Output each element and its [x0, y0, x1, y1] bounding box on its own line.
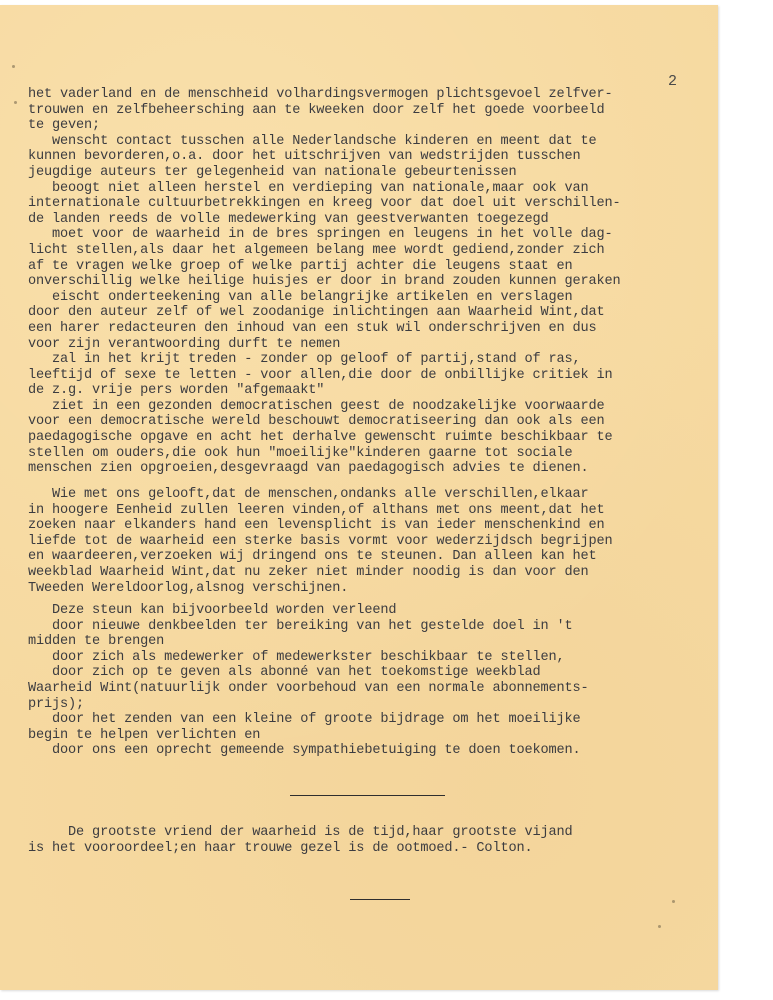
text-line: internationale cultuurbetrekkingen en kr… [28, 196, 703, 212]
text-line: door den auteur zelf of wel zoodanige in… [28, 305, 703, 321]
text-line: door nieuwe denkbeelden ter bereiking va… [28, 619, 703, 635]
text-line: Waarheid Wint(natuurlijk onder voorbehou… [28, 681, 703, 697]
text-line: midden te brengen [28, 634, 703, 650]
text-line: een harer redacteuren den inhoud van een… [28, 321, 703, 337]
text-line: jeugdige auteurs ter gelegenheid van nat… [28, 165, 703, 181]
quote-line: is het vooroordeel;en haar trouwe gezel … [28, 841, 703, 857]
text-line: het vaderland en de menschheid volhardin… [28, 87, 703, 103]
appeal-paragraph: Wie met ons gelooft,dat de menschen,onda… [28, 487, 703, 596]
text-line: af te vragen welke groep of welke partij… [28, 259, 703, 275]
text-line: paedagogische opgave en acht het derhalv… [28, 430, 703, 446]
text-line: zoeken naar elkanders hand een levenspli… [28, 518, 703, 534]
text-line: prijs); [28, 697, 703, 713]
text-line: Deze steun kan bijvoorbeeld worden verle… [28, 603, 703, 619]
text-line: liefde tot de waarheid een sterke basis … [28, 534, 703, 550]
text-line: Wie met ons gelooft,dat de menschen,onda… [28, 487, 703, 503]
support-options-paragraph: Deze steun kan bijvoorbeeld worden verle… [28, 603, 703, 759]
text-line: en waardeeren,verzoeken wij dringend ons… [28, 549, 703, 565]
text-line: voor zijn verantwoording durft te nemen [28, 337, 703, 353]
paper-speck [672, 900, 675, 903]
text-line: menschen zien opgroeien,desgevraagd van … [28, 461, 703, 477]
text-line: leeftijd of sexe te letten - voor allen,… [28, 368, 703, 384]
text-line: weekblad Waarheid Wint,dat nu zeker niet… [28, 565, 703, 581]
text-line: de landen reeds de volle medewerking van… [28, 212, 703, 228]
text-line: door ons een oprecht gemeende sympathieb… [28, 743, 703, 759]
text-line: te geven; [28, 118, 703, 134]
text-line: wenscht contact tusschen alle Nederlands… [28, 134, 703, 150]
text-line: licht stellen,als daar het algemeen bela… [28, 243, 703, 259]
paper-speck [14, 101, 17, 104]
text-line: voor een democratische wereld beschouwt … [28, 414, 703, 430]
closing-quote: De grootste vriend der waarheid is de ti… [28, 825, 703, 856]
end-rule [350, 899, 410, 900]
text-line: stellen om ouders,die ook hun "moeilijke… [28, 446, 703, 462]
text-line: de z.g. vrije pers worden "afgemaakt" [28, 383, 703, 399]
quote-line: De grootste vriend der waarheid is de ti… [28, 825, 703, 841]
text-line: moet voor de waarheid in de bres springe… [28, 227, 703, 243]
paper-speck [12, 65, 15, 68]
text-line: door zich als medewerker of medewerkster… [28, 650, 703, 666]
text-line: door het zenden van een kleine of groote… [28, 712, 703, 728]
text-line: eischt onderteekening van alle belangrij… [28, 290, 703, 306]
text-line: ziet in een gezonden democratischen gees… [28, 399, 703, 415]
main-text-block: het vaderland en de menschheid volhardin… [28, 87, 703, 477]
text-line: door zich op te geven als abonné van het… [28, 665, 703, 681]
paper-speck [248, 89, 251, 92]
text-line: in hoogere Eenheid zullen leeren vinden,… [28, 503, 703, 519]
text-line: trouwen en zelfbeheersching aan te kweek… [28, 103, 703, 119]
text-line: Tweeden Wereldoorlog,alsnog verschijnen. [28, 581, 703, 597]
text-line: beoogt niet alleen herstel en verdieping… [28, 181, 703, 197]
text-line: begin te helpen verlichten en [28, 728, 703, 744]
paper-speck [658, 925, 661, 928]
text-line: kunnen bevorderen,o.a. door het uitschri… [28, 149, 703, 165]
text-line: zal in het krijt treden - zonder op gelo… [28, 352, 703, 368]
divider-rule [290, 795, 445, 796]
text-line: onverschillig welke heilige huisjes er d… [28, 274, 703, 290]
typewritten-page: 2 het vaderland en de menschheid volhard… [0, 5, 718, 990]
